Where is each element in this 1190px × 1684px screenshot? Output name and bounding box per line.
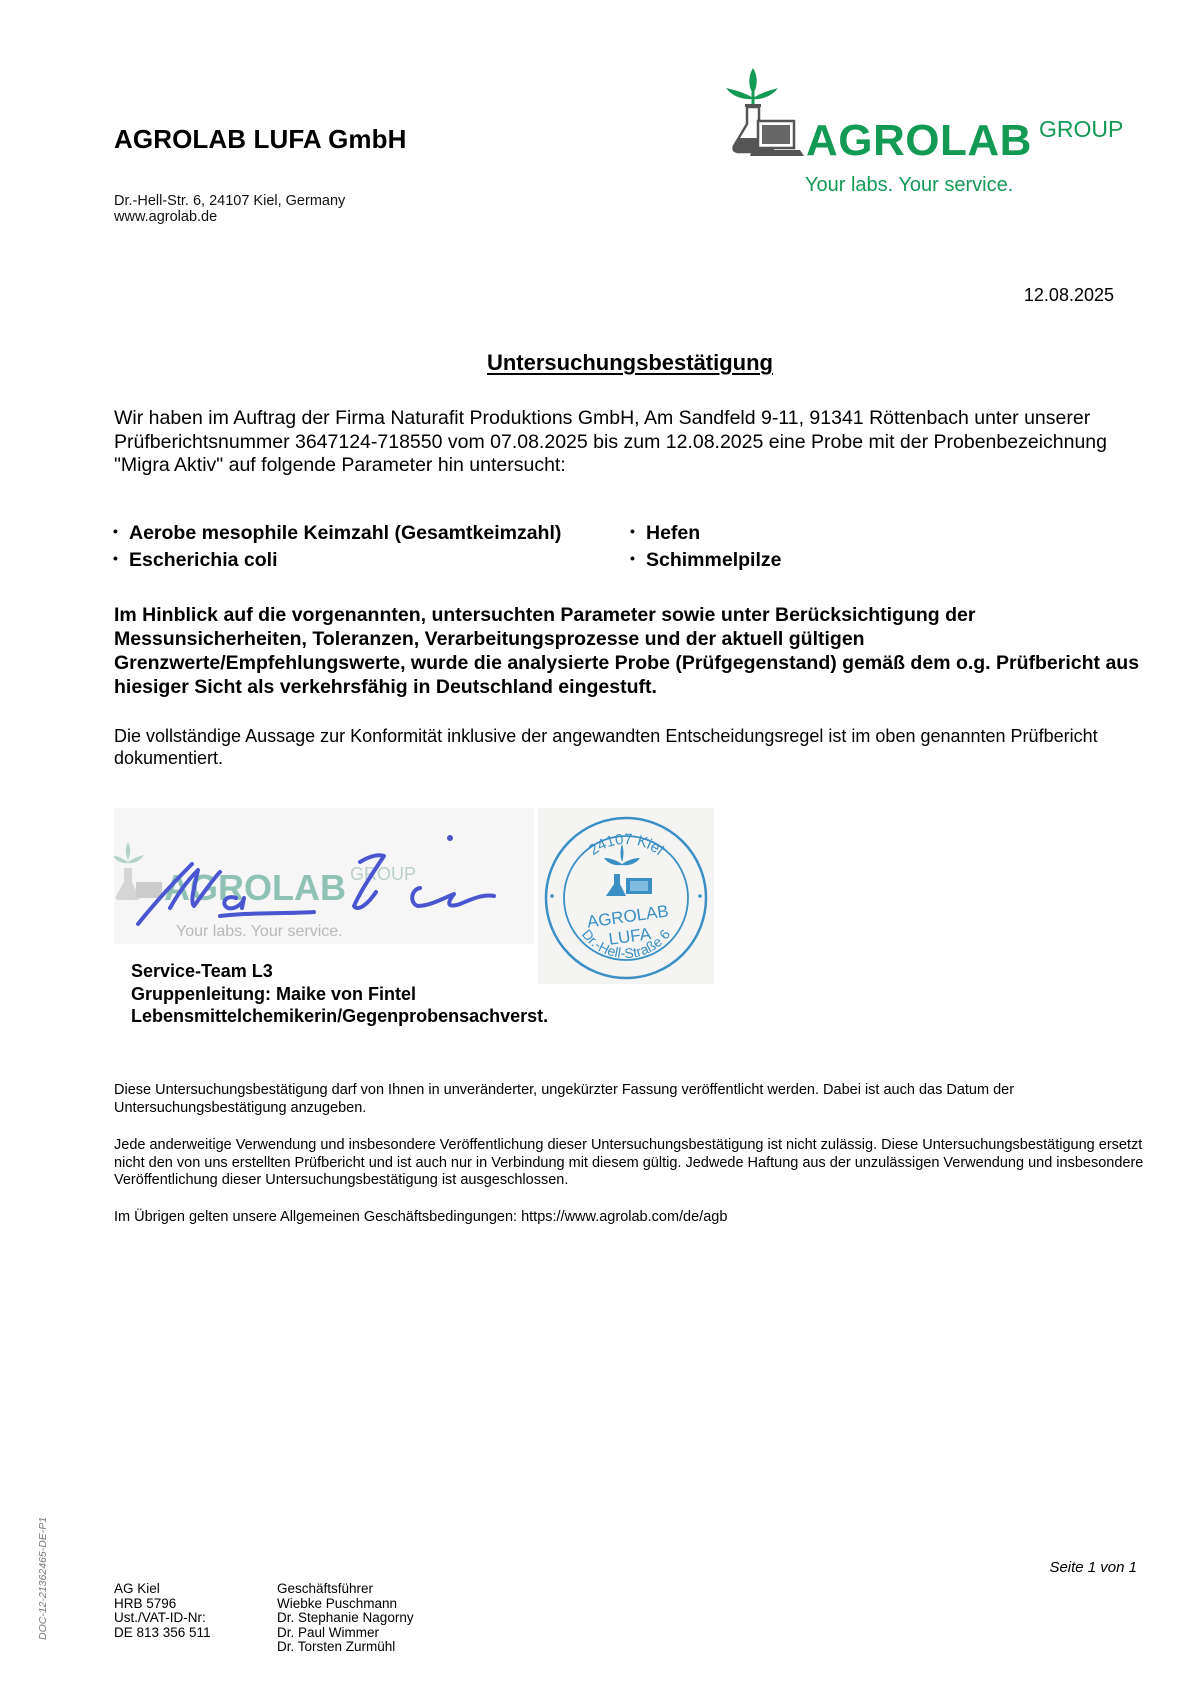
bullet-icon: • bbox=[630, 546, 646, 571]
conformity-paragraph: Die vollständige Aussage zur Konformität… bbox=[114, 726, 1144, 769]
parameter-label: Schimmelpilze bbox=[646, 549, 781, 571]
footer-line: Geschäftsführer bbox=[277, 1582, 414, 1597]
company-name: AGROLAB LUFA GmbH bbox=[114, 124, 407, 155]
list-item: •Hefen bbox=[630, 519, 781, 546]
document-date: 12.08.2025 bbox=[1024, 285, 1114, 306]
company-stamp: 24107 Kiel AGROLAB LUFA Dr.-Hell-Straße … bbox=[538, 808, 714, 984]
company-address: Dr.-Hell-Str. 6, 24107 Kiel, Germany www… bbox=[114, 193, 345, 225]
list-item: •Aerobe mesophile Keimzahl (Gesamtkeimza… bbox=[113, 519, 561, 546]
signatory-team: Service-Team L3 bbox=[131, 960, 548, 983]
svg-text:24107 Kiel: 24107 Kiel bbox=[586, 831, 667, 859]
list-item: •Escherichia coli bbox=[113, 546, 561, 573]
bullet-icon: • bbox=[113, 546, 129, 571]
parameter-list-right: •Hefen •Schimmelpilze bbox=[630, 519, 781, 572]
website-line: www.agrolab.de bbox=[114, 209, 345, 225]
page-number: Seite 1 von 1 bbox=[1049, 1559, 1137, 1576]
footer-line: HRB 5796 bbox=[114, 1597, 211, 1612]
usage-disclaimer: Jede anderweitige Verwendung und insbeso… bbox=[114, 1137, 1144, 1190]
footer-registry: AG Kiel HRB 5796 Ust./VAT-ID-Nr: DE 813 … bbox=[114, 1582, 211, 1640]
list-item: •Schimmelpilze bbox=[630, 546, 781, 573]
footer-management: Geschäftsführer Wiebke Puschmann Dr. Ste… bbox=[277, 1582, 414, 1655]
agrolab-group-logo: AGROLAB GROUP Your labs. Your service. bbox=[726, 66, 1146, 206]
footer-line: Dr. Stephanie Nagorny bbox=[277, 1611, 414, 1626]
signature-image: AGROLAB GROUP Your labs. Your service. bbox=[114, 808, 534, 944]
footer-line: DE 813 356 511 bbox=[114, 1626, 211, 1641]
parameter-label: Aerobe mesophile Keimzahl (Gesamtkeimzah… bbox=[129, 522, 561, 544]
address-line: Dr.-Hell-Str. 6, 24107 Kiel, Germany bbox=[114, 193, 345, 209]
faded-logo-tagline: Your labs. Your service. bbox=[176, 923, 343, 940]
signatory-role: Lebensmittelchemikerin/Gegenprobensachve… bbox=[131, 1005, 548, 1028]
verdict-paragraph: Im Hinblick auf die vorgenannten, unters… bbox=[114, 603, 1144, 699]
stamp-top-text: 24107 Kiel bbox=[586, 831, 667, 859]
logo-wordmark: AGROLAB bbox=[806, 116, 1032, 166]
logo-tagline: Your labs. Your service. bbox=[805, 174, 1013, 197]
bullet-icon: • bbox=[630, 519, 646, 544]
intro-paragraph: Wir haben im Auftrag der Firma Naturafit… bbox=[114, 407, 1144, 478]
document-title: Untersuchungsbestätigung bbox=[0, 350, 1190, 376]
footer-line: AG Kiel bbox=[114, 1582, 211, 1597]
footer-line: Ust./VAT-ID-Nr: bbox=[114, 1611, 211, 1626]
faded-logo-icon bbox=[114, 842, 162, 900]
logo-group: GROUP bbox=[1039, 116, 1123, 143]
footer-line: Dr. Torsten Zurmühl bbox=[277, 1640, 414, 1655]
faded-logo-group: GROUP bbox=[350, 864, 416, 884]
parameter-list-left: •Aerobe mesophile Keimzahl (Gesamtkeimza… bbox=[113, 519, 561, 572]
signature-dot bbox=[447, 835, 453, 841]
publication-disclaimer: Diese Untersuchungsbestätigung darf von … bbox=[114, 1082, 1144, 1117]
plant-flask-laptop-logo-icon bbox=[726, 66, 806, 166]
parameter-label: Hefen bbox=[646, 522, 700, 544]
footer-line: Dr. Paul Wimmer bbox=[277, 1626, 414, 1641]
signatory-lead: Gruppenleitung: Maike von Fintel bbox=[131, 983, 548, 1006]
parameter-label: Escherichia coli bbox=[129, 549, 278, 571]
document-code: DOC-12-21362465-DE-P1 bbox=[37, 1517, 49, 1640]
footer-line: Wiebke Puschmann bbox=[277, 1597, 414, 1612]
terms-notice: Im Übrigen gelten unsere Allgemeinen Ges… bbox=[114, 1209, 727, 1227]
bullet-icon: • bbox=[113, 519, 129, 544]
signatory-block: Service-Team L3 Gruppenleitung: Maike vo… bbox=[131, 960, 548, 1028]
